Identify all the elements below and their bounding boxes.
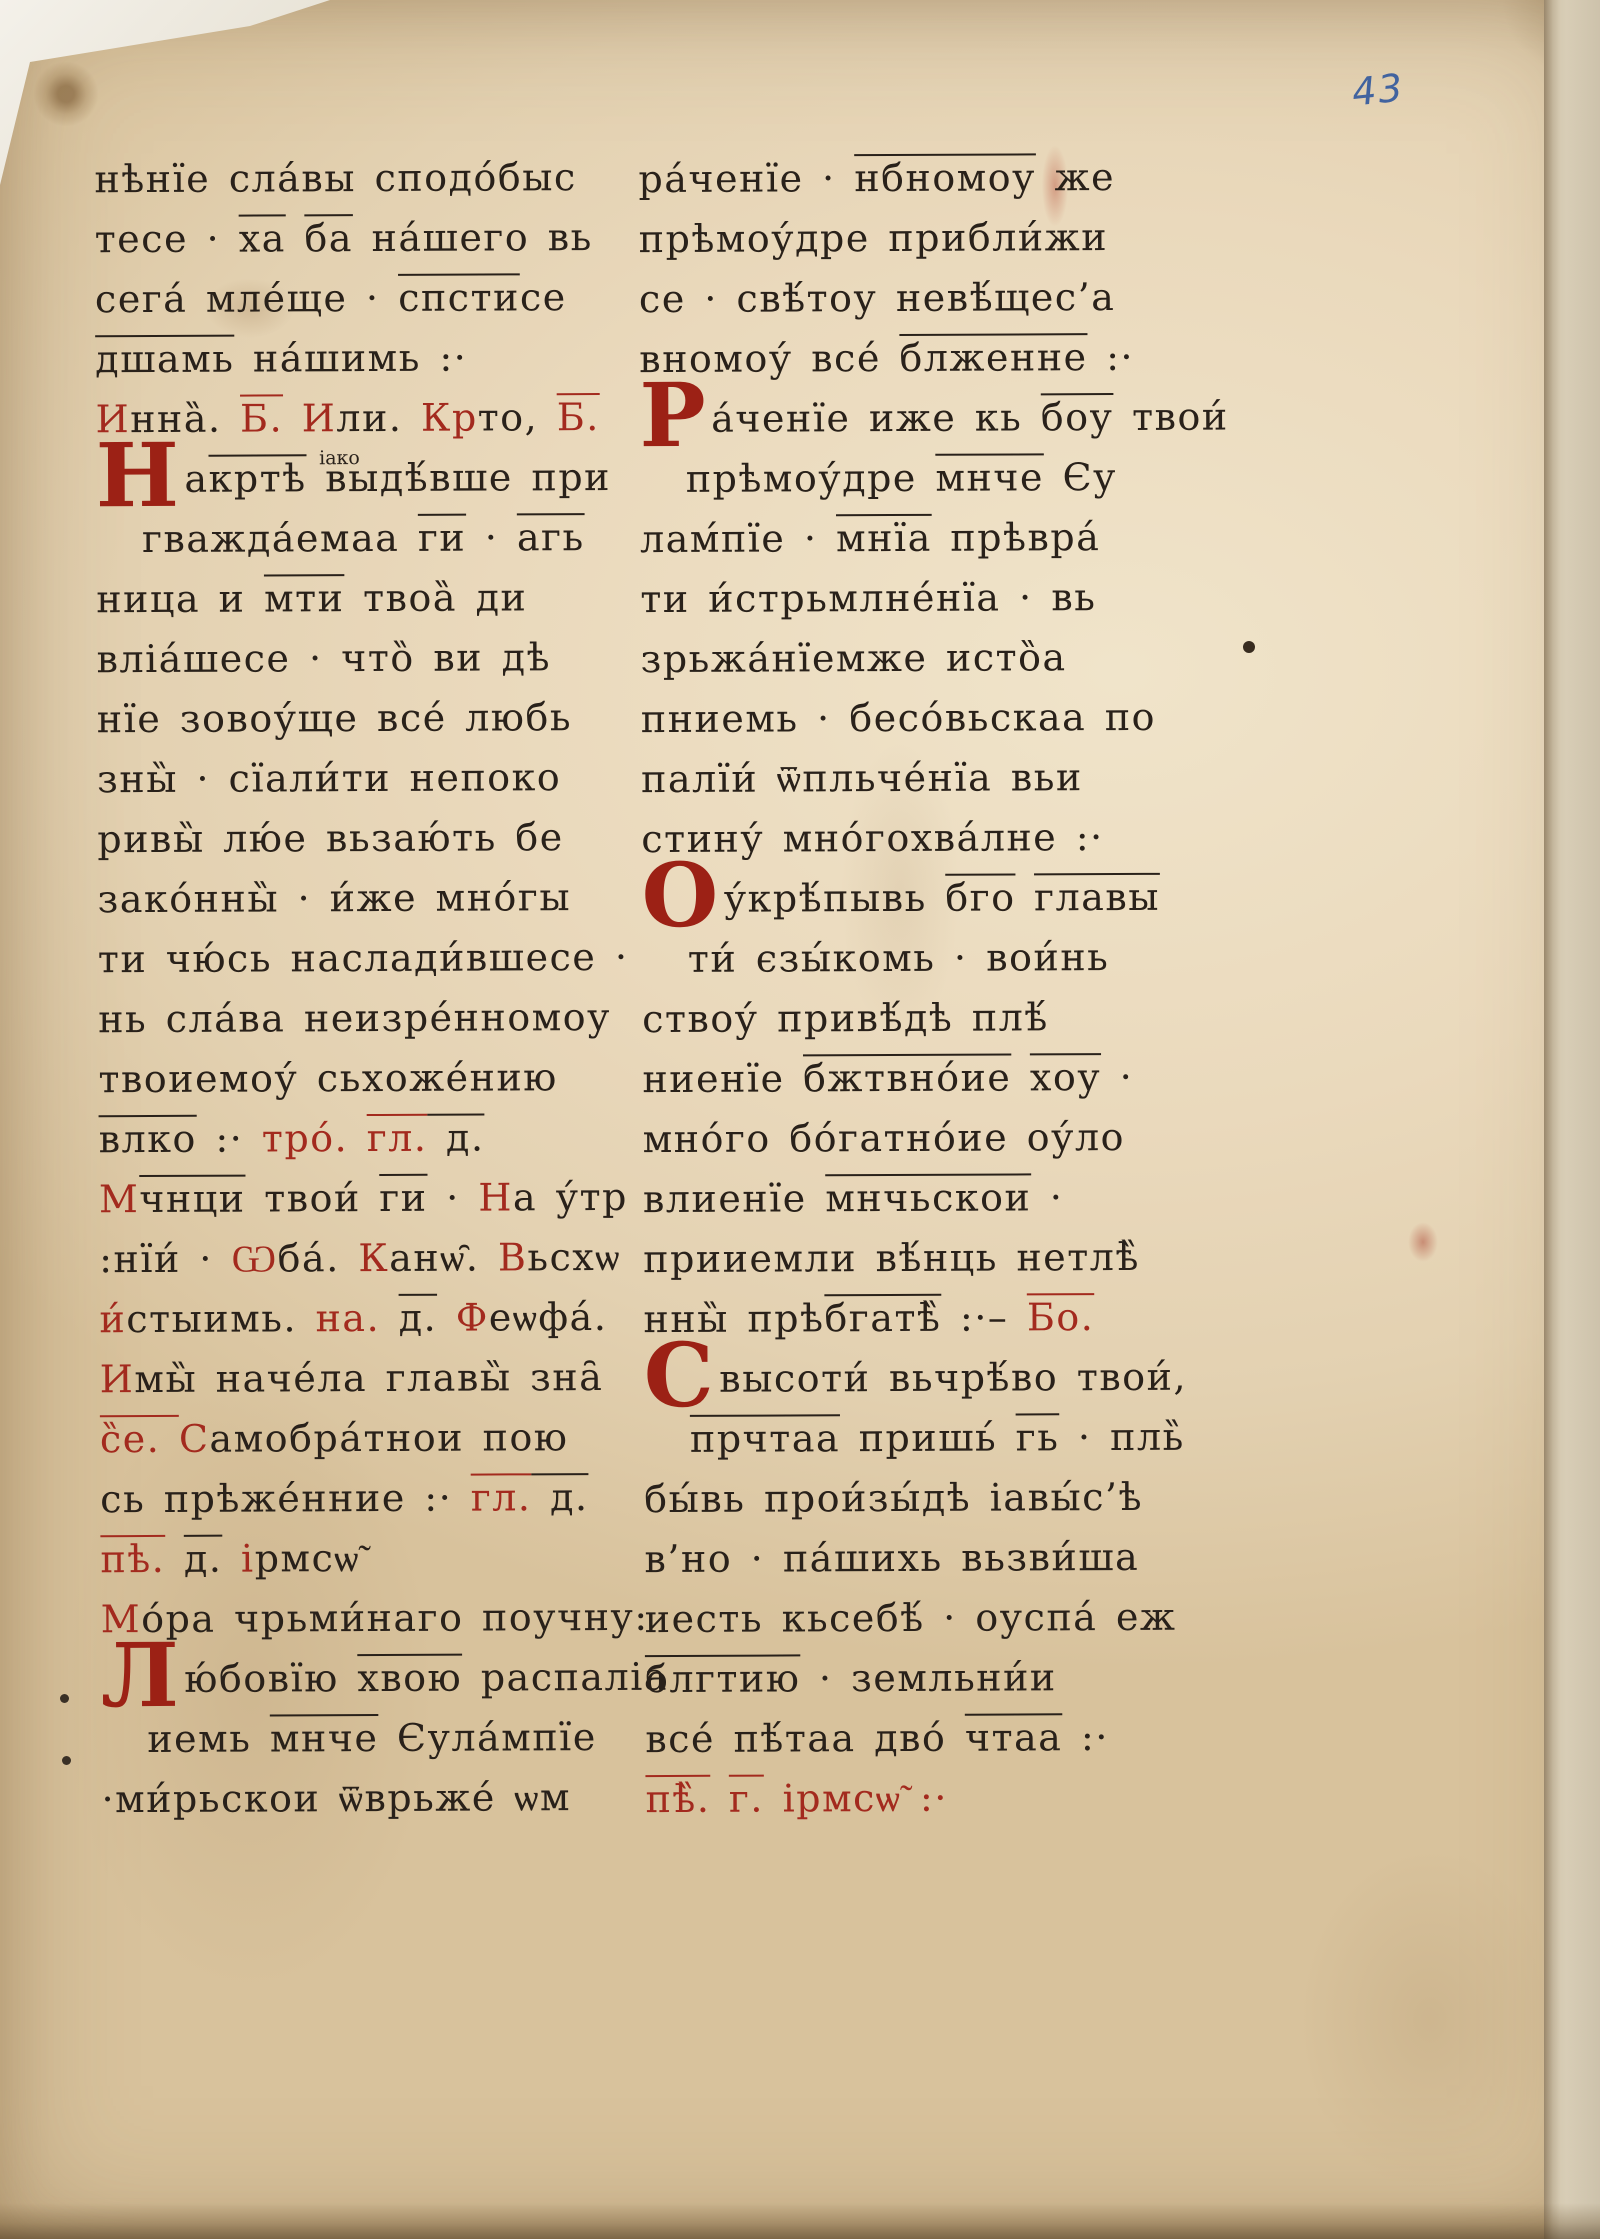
text-segment: а́ченїе иже кь — [711, 395, 1041, 440]
text-segment: бы́вь прои́зы́дѣ іавы́с’ѣ — [644, 1475, 1143, 1521]
text-segment: сега́ мле́ще · — [95, 276, 398, 321]
text-segment — [286, 216, 305, 260]
text-segment — [1015, 875, 1034, 919]
text-segment: прѣмоу́дре прибли́жи — [639, 215, 1108, 261]
text-line: дшамь на́шимь :· — [95, 327, 655, 389]
abbreviated-word: кртѣ — [208, 456, 306, 500]
text-segment: зако́нны̏ · и́же мно́гы — [98, 875, 572, 921]
text-segment: ти и́стрьмлне́нїа · вь — [640, 575, 1096, 621]
abbreviated-word: д. — [399, 1296, 438, 1340]
text-segment: се · свѣ́тоу невѣ́щес’а — [639, 275, 1116, 321]
text-line: бы́вь прои́зы́дѣ іавы́с’ѣ — [644, 1467, 1144, 1529]
left-column: нѣнїе сла́вы сподо́быстесе · ха ба на́ше… — [94, 147, 661, 1829]
text-segment: анѡ̑. — [389, 1235, 498, 1279]
text-segment: Єула́мпїе — [378, 1715, 597, 1760]
text-line: иесть кьсебѣ́ · оуспа́ еж — [645, 1587, 1145, 1649]
rubric-segment: Кр — [421, 396, 478, 440]
text-segment: то, — [478, 395, 557, 439]
rubric-segment: ірмсѡ̃ :· — [764, 1776, 948, 1821]
text-segment: иесть кьсебѣ́ · оуспа́ еж — [645, 1595, 1177, 1641]
text-line: пѣ̏. г. ірмсѡ̃ :· — [645, 1767, 1145, 1829]
text-line: лам́пїе · мнїа прѣвра́ — [640, 507, 1140, 569]
text-line: нны̏ прѣбгатѣ̏ :·– Бо. — [643, 1287, 1143, 1349]
text-line: блгтию · земльни́и — [645, 1647, 1145, 1709]
text-segment: о́ра чрьми́наго поучну: — [141, 1595, 649, 1641]
stain — [34, 62, 98, 126]
text-line: тесе · ха ба на́шего вь — [95, 207, 655, 269]
rubric-segment: и́ — [99, 1297, 126, 1341]
parchment-page: 43 нѣнїе сла́вы сподо́быстесе · ха ба на… — [0, 0, 1600, 2239]
text-segment — [222, 1537, 241, 1581]
abbreviated-word: спсти — [398, 275, 520, 320]
text-segment: стыимь. — [126, 1296, 315, 1341]
text-segment: ьсхѡ — [527, 1235, 621, 1279]
text-line: зако́нны̏ · и́же мно́гы — [97, 867, 657, 929]
text-segment: прѣмоу́дре — [686, 456, 936, 501]
text-line: пниемь · бесо́вьскаа по — [641, 687, 1141, 749]
rubric-segment — [710, 1777, 729, 1821]
text-line: прииемли вѣ́нць нетлѣ̏ — [643, 1227, 1143, 1289]
abbreviated-word: д. — [427, 1116, 484, 1160]
text-line: ти и́стрьмлне́нїа · вь — [640, 567, 1140, 629]
text-segment: ти чю́сь наслади́вшесе · — [98, 935, 629, 981]
text-line: нїе зовоу́ще все́ любь — [97, 687, 657, 749]
abbreviated-word: дшамь — [95, 337, 234, 382]
text-segment: мы̏ наче́ла главы̏ зна̑ — [134, 1355, 603, 1401]
drop-cap-initial: Н — [96, 423, 181, 527]
text-segment: в’но · па́шихь вьзви́ша — [644, 1535, 1139, 1581]
abbreviated-word: ха — [239, 216, 286, 260]
text-line: мно́го бо́гатно́ие оу́ло — [643, 1107, 1143, 1169]
text-line: Ра́ченїе иже кь боу твои́ — [639, 387, 1139, 449]
text-segment — [1011, 1055, 1030, 1099]
text-segment: се — [520, 275, 567, 319]
abbreviated-word: бжтвно́ие — [803, 1055, 1011, 1100]
abbreviated-word: мнче — [935, 455, 1044, 499]
drop-cap-initial: С — [643, 1323, 715, 1427]
text-line: палїи́ ѿпльче́нїа вьи — [641, 747, 1141, 809]
drop-cap-initial: Р — [639, 363, 707, 467]
margin-dot — [60, 1694, 69, 1703]
text-segment — [437, 1296, 456, 1340]
text-segment: ница и — [96, 576, 264, 621]
text-line: се · свѣ́тоу невѣ́щес’а — [639, 267, 1139, 329]
text-line: пѣ. д. ірмсѡ̃ — [100, 1527, 660, 1589]
text-line: Имы̏ наче́ла главы̏ зна̑ — [100, 1347, 660, 1409]
text-line: Мо́ра чрьми́наго поучну: — [101, 1587, 661, 1649]
text-segment: ба́. — [278, 1236, 359, 1280]
text-segment: прииемли вѣ́нць нетлѣ̏ — [643, 1235, 1140, 1281]
text-line: Лю́бовїю хвою распаліа — [101, 1647, 661, 1709]
rubric-segment: Бо. — [1027, 1295, 1095, 1339]
text-segment: высоти́ вьчрѣ́во твои́, — [719, 1355, 1187, 1401]
rubric-segment: Ѡ — [231, 1236, 277, 1280]
text-line: и́стыимь. на. д. Феѡфа́. — [99, 1287, 659, 1349]
text-segment: нїе зовоу́ще все́ любь — [97, 695, 572, 741]
text-segment: нь сла́ва неизре́нномоу — [98, 995, 611, 1041]
rubric-segment: Б. — [557, 395, 600, 439]
abbreviated-word: мти — [264, 576, 345, 620]
text-segment: еѡфа́. — [489, 1295, 608, 1340]
abbreviated-word: влко — [99, 1117, 197, 1161]
rubric-segment: пѣ. — [100, 1537, 165, 1581]
text-segment: ю́бовїю — [184, 1656, 357, 1701]
rubric-segment: с̏е. — [100, 1417, 179, 1461]
text-segment: ти́ єзы́комь · вои́нь — [688, 935, 1110, 981]
text-segment: пришь́ — [840, 1415, 1016, 1460]
text-line: сь прѣже́нние :· гл. д. — [100, 1467, 660, 1529]
text-line: ствоу́ привѣ́дѣ плѣ́ — [642, 987, 1142, 1049]
text-line: :нїи́ · Ѡба́. Канѡ̑. Вьсхѡ — [99, 1227, 659, 1289]
rubric-segment: И — [302, 396, 337, 440]
rubric-segment: пѣ̏. — [645, 1777, 710, 1821]
text-segment: :· — [197, 1117, 262, 1161]
text-segment: у́крѣ́пывь — [724, 876, 946, 921]
abbreviated-word: ба — [304, 216, 353, 260]
text-line: в’но · па́шихь вьзви́ша — [644, 1527, 1144, 1589]
text-segment: · — [427, 1176, 478, 1220]
text-segment: а у́тр — [513, 1175, 628, 1220]
text-line: нѣнїе сла́вы сподо́быс — [94, 147, 654, 209]
text-segment: твоиемоу́ сьхоже́нию — [98, 1055, 558, 1101]
abbreviated-word: д. — [184, 1537, 223, 1581]
text-line: все́ пѣ́таа дво́ чтаа :· — [645, 1707, 1145, 1769]
text-line: ти чю́сь наслади́вшесе · — [98, 927, 658, 989]
text-segment: рмсѡ̃ — [255, 1536, 360, 1580]
margin-dot — [62, 1756, 71, 1765]
text-segment: гважда́емаа — [142, 516, 418, 561]
text-segment — [165, 1537, 184, 1581]
text-segment: зрьжа́нїемже исто̏а — [640, 635, 1066, 681]
text-segment: твои́ — [245, 1176, 379, 1221]
right-column: ра́ченїе · нбномоу жепрѣмоу́дре прибли́ж… — [638, 147, 1145, 1829]
text-segment: ниенїе — [642, 1056, 803, 1101]
text-segment: ствоу́ привѣ́дѣ плѣ́ — [642, 995, 1049, 1041]
red-ink-bleed — [1408, 1222, 1438, 1262]
text-segment: мно́го бо́гатно́ие оу́ло — [643, 1115, 1126, 1161]
text-segment: сь прѣже́нние :· — [100, 1476, 471, 1522]
text-line: ра́ченїе · нбномоу же — [638, 147, 1138, 209]
abbreviated-word: ги — [379, 1176, 427, 1220]
abbreviated-word: хоу — [1030, 1055, 1101, 1099]
text-segment: нѣнїе сла́вы сподо́быс — [94, 155, 576, 201]
rubric-segment: Б. — [240, 396, 283, 440]
text-line: нь сла́ва неизре́нномоу — [98, 987, 658, 1049]
rubric-segment: Н — [478, 1175, 513, 1219]
text-line: прѣмоу́дре прибли́жи — [639, 207, 1139, 269]
text-line: прчтаа пришь́ гь · пль̏ — [644, 1407, 1144, 1469]
abbreviated-word: нбномоу — [854, 155, 1036, 200]
folio-number: 43 — [1350, 65, 1407, 114]
rubric-segment: Ф — [456, 1296, 489, 1340]
text-segment: же — [1036, 155, 1115, 199]
abbreviated-word: блгтию — [645, 1656, 801, 1701]
text-segment: ра́ченїе · — [638, 156, 854, 201]
text-segment: · — [1101, 1055, 1133, 1099]
text-segment: на́шимь :· — [234, 336, 467, 381]
text-segment: :· — [1062, 1715, 1109, 1759]
rubric-segment: гл. — [471, 1475, 532, 1519]
text-segment: Єу — [1044, 455, 1117, 499]
text-segment: вліа́шесе · что̏ ви дѣ — [96, 635, 551, 681]
text-line: твоиемоу́ сьхоже́нию — [98, 1047, 658, 1109]
text-segment: :·– — [941, 1295, 1027, 1339]
text-line: зны̏ · сїали́ти непоко — [97, 747, 657, 809]
text-line: ниенїе бжтвно́ие хоу · — [642, 1047, 1142, 1109]
text-segment: ли. — [336, 396, 421, 440]
text-segment: палїи́ ѿпльче́нїа вьи — [641, 755, 1083, 801]
text-line: вномоу́ все́ блженне :· — [639, 327, 1139, 389]
text-line: ривы̏ лю́е вьзаю́ть бе — [97, 807, 657, 869]
abbreviated-word: бго — [945, 875, 1015, 919]
rubric-segment: В — [498, 1235, 528, 1279]
text-line: с̏е. Самобра́тнои пою — [100, 1407, 660, 1469]
text-line: Накртѣ іаковыдѣ́вше при — [96, 447, 656, 509]
text-segment: ·ми́рьскои ѿврьже́ ѡм — [101, 1775, 571, 1821]
text-segment: · земльни́и — [800, 1655, 1057, 1700]
text-line: ница и мти твоа̏ ди — [96, 567, 656, 629]
text-line: сега́ мле́ще · спстисе — [95, 267, 655, 329]
rubric-segment: гл. — [367, 1116, 428, 1160]
text-segment: · — [466, 515, 517, 559]
drop-cap-initial: О — [641, 843, 720, 947]
rubric-segment: И — [100, 1357, 135, 1401]
text-segment: влиенїе — [643, 1176, 826, 1221]
text-segment: прѣвра́ — [932, 515, 1101, 560]
abbreviated-word: блженне — [899, 335, 1087, 380]
text-segment — [283, 396, 302, 440]
text-line: Оу́крѣ́пывь бго главы — [641, 867, 1141, 929]
abbreviated-word: бгатѣ̏ — [824, 1296, 941, 1341]
text-segment: · — [1031, 1175, 1063, 1219]
rubric-segment: М — [99, 1177, 140, 1221]
abbreviated-word: гь — [1016, 1415, 1060, 1459]
text-line: влиенїе мнчьскои · — [643, 1167, 1143, 1229]
text-segment: пниемь · бесо́вьскаа по — [641, 695, 1156, 741]
text-segment: а — [184, 457, 208, 501]
text-segment: твои́ — [1113, 395, 1228, 440]
text-segment: твоа̏ ди — [344, 575, 527, 620]
abbreviated-word: хвою — [357, 1656, 462, 1700]
rubric-segment: тро́. — [262, 1116, 349, 1160]
abbreviated-word: главы — [1034, 875, 1160, 920]
rubric-segment: К — [358, 1236, 389, 1280]
abbreviated-word: мнче — [270, 1716, 379, 1760]
text-line: влко :· тро́. гл. д. — [99, 1107, 659, 1169]
abbreviated-word: д. — [531, 1475, 588, 1519]
abbreviated-word: мнїа — [836, 516, 932, 560]
rubric-segment: г. — [729, 1777, 764, 1821]
text-line: зрьжа́нїемже исто̏а — [640, 627, 1140, 689]
rubric-segment: С — [179, 1417, 210, 1461]
abbreviated-word: чнци — [139, 1177, 245, 1221]
text-line: Мчнци твои́ ги · На у́тр — [99, 1167, 659, 1229]
text-segment: · пль̏ — [1059, 1415, 1185, 1460]
text-segment: ривы̏ лю́е вьзаю́ть бе — [97, 815, 564, 861]
text-segment: лам́пїе · — [640, 516, 836, 561]
rubric-segment: на. — [315, 1296, 398, 1340]
drop-cap-initial: Л — [101, 1623, 181, 1727]
abbreviated-word: чтаа — [965, 1715, 1063, 1759]
text-segment: распаліа — [462, 1655, 668, 1700]
leaf-edge-bottom — [0, 2203, 1600, 2239]
abbreviated-word: мнчьскои — [825, 1175, 1031, 1220]
text-segment: зны̏ · сїали́ти непоко — [97, 755, 561, 801]
text-line: Свысоти́ вьчрѣ́во твои́, — [644, 1347, 1144, 1409]
text-segment: :нїи́ · — [99, 1237, 232, 1282]
stain — [1300, 1850, 1560, 2190]
text-segment: тесе · — [95, 217, 239, 262]
text-segment: :· — [1087, 335, 1134, 379]
text-segment: на́шего вь — [353, 215, 593, 260]
leaf-edge-right — [1544, 0, 1600, 2239]
text-line: прѣмоу́дре мнче Єу — [640, 447, 1140, 509]
abbreviated-word: боу — [1041, 395, 1114, 439]
text-line: вліа́шесе · что̏ ви дѣ — [96, 627, 656, 689]
rubric-segment: і — [241, 1537, 255, 1581]
text-segment — [348, 1116, 367, 1160]
abbreviated-word: агь — [517, 515, 585, 559]
text-segment: все́ пѣ́таа дво́ — [645, 1716, 965, 1761]
text-segment: амобра́тнои пою — [209, 1415, 568, 1461]
parchment-hole — [1243, 641, 1255, 653]
text-line: иемь мнче Єула́мпїе — [101, 1707, 661, 1769]
text-segment: выдѣ́вше при — [325, 455, 611, 500]
abbreviated-word: ги — [418, 516, 466, 560]
manuscript-photo: { "page": { "folio_number": "43", "descr… — [0, 0, 1600, 2239]
text-line: ·ми́рьскои ѿврьже́ ѡм — [101, 1767, 661, 1829]
